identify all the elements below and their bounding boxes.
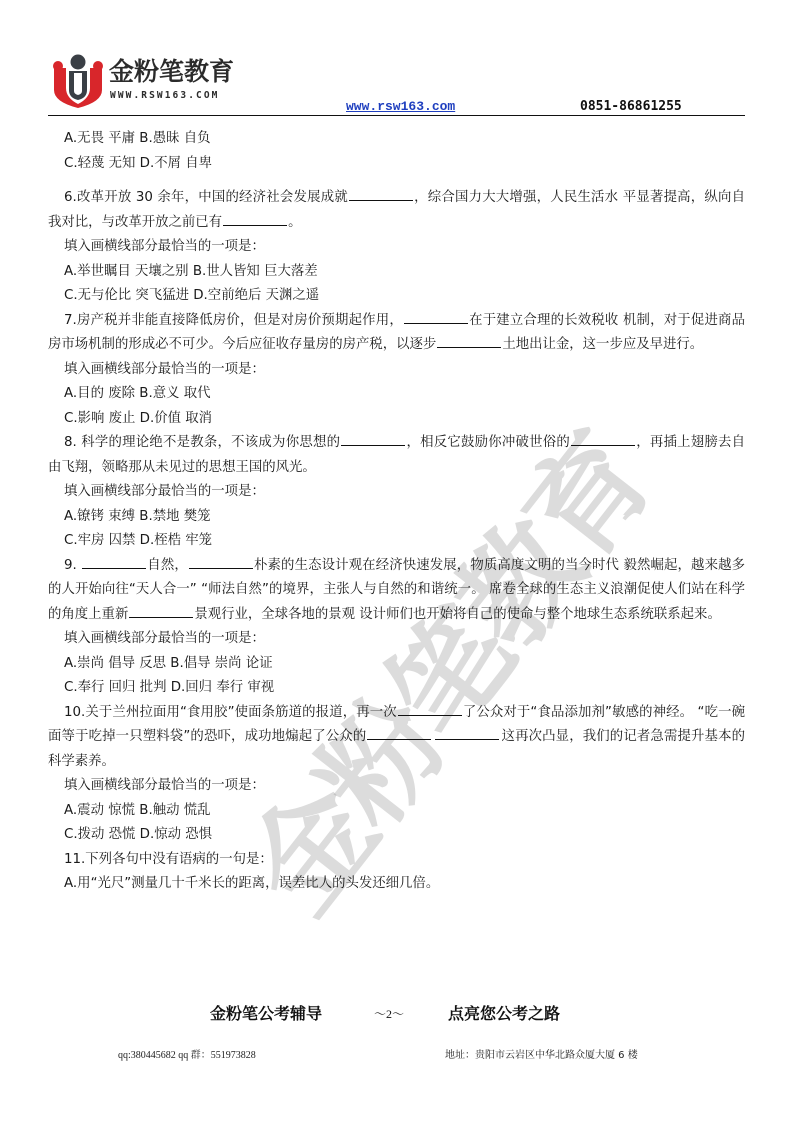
website-link[interactable]: www.rsw163.com bbox=[346, 99, 455, 114]
document-body: A.无畏 平庸 B.愚昧 自负 C.轻蔑 无知 D.不屑 自卑 6.改革开放 3… bbox=[48, 127, 745, 897]
footer-right-slogan: 点亮您公考之路 bbox=[448, 1001, 560, 1024]
fill-blank bbox=[571, 431, 635, 446]
logo-mark-icon bbox=[52, 54, 104, 108]
phone-number: 0851-86861255 bbox=[580, 99, 682, 114]
page-header: 金粉笔教育 WWW.RSW163.COM www.rsw163.com 0851… bbox=[48, 52, 745, 116]
q10-text-1: 10.关于兰州拉面用“食用胶”使面条筋道的报道，再一次 bbox=[64, 705, 397, 720]
q5-options-ab: A.无畏 平庸 B.愚昧 自负 bbox=[48, 127, 745, 152]
question-7-stem: 7.房产税并非能直接降低房价，但是对房价预期起作用，在于建立合理的长效税收 机制… bbox=[48, 309, 745, 358]
fill-blank bbox=[349, 186, 413, 201]
q6-options-cd: C.无与伦比 突飞猛进 D.空前绝后 天渊之遥 bbox=[48, 284, 745, 309]
q7-options-cd: C.影响 废止 D.价值 取消 bbox=[48, 407, 745, 432]
fill-blank bbox=[367, 725, 431, 740]
q9-text-3: 景观行业，全球各地的景观 设计师们也开始将自己的使命与整个地球生态系统联系起来。 bbox=[194, 607, 721, 622]
logo-text-cn: 金粉笔教育 bbox=[109, 58, 234, 86]
footer-left-slogan: 金粉笔公考辅导 bbox=[210, 1001, 322, 1024]
q9-text-1: 自然， bbox=[147, 558, 188, 573]
footer-address: 地址：贵阳市云岩区中华北路众厦大厦 6 楼 bbox=[445, 1046, 638, 1061]
footer-qq: qq:380445682 qq 群：551973828 bbox=[118, 1046, 256, 1061]
q6-text-1: 6.改革开放 30 余年，中国的经济社会发展成就 bbox=[64, 190, 348, 205]
q8-text-1: 8. 科学的理论绝不是教条，不该成为你思想的 bbox=[64, 435, 340, 450]
fill-blank bbox=[129, 603, 193, 618]
q9-options-ab: A.崇尚 倡导 反思 B.倡导 崇尚 论证 bbox=[48, 652, 745, 677]
question-8-stem: 8. 科学的理论绝不是教条，不该成为你思想的，相反它鼓励你冲破世俗的，再插上翅膀… bbox=[48, 431, 745, 480]
page-number: ～2～ bbox=[374, 1005, 404, 1022]
fill-blank bbox=[223, 211, 287, 226]
fill-blank bbox=[189, 554, 253, 569]
footer-contact: qq:380445682 qq 群：551973828 地址：贵阳市云岩区中华北… bbox=[0, 1046, 793, 1064]
q7-options-ab: A.目的 废除 B.意义 取代 bbox=[48, 382, 745, 407]
q5-options-cd: C.轻蔑 无知 D.不屑 自卑 bbox=[48, 152, 745, 177]
q9-prompt: 填入画横线部分最恰当的一项是： bbox=[48, 627, 745, 652]
fill-blank bbox=[404, 309, 468, 324]
q10-options-cd: C.拨动 恐慌 D.惊动 恐惧 bbox=[48, 823, 745, 848]
q10-prompt: 填入画横线部分最恰当的一项是： bbox=[48, 774, 745, 799]
page-footer: 金粉笔公考辅导 ～2～ 点亮您公考之路 bbox=[0, 1001, 793, 1027]
q9-number: 9. bbox=[64, 558, 81, 573]
fill-blank bbox=[398, 701, 462, 716]
question-6-stem: 6.改革开放 30 余年，中国的经济社会发展成就，综合国力大大增强，人民生活水 … bbox=[48, 186, 745, 235]
q7-text-1: 7.房产税并非能直接降低房价，但是对房价预期起作用， bbox=[64, 313, 403, 328]
q6-prompt: 填入画横线部分最恰当的一项是： bbox=[48, 235, 745, 260]
q8-prompt: 填入画横线部分最恰当的一项是： bbox=[48, 480, 745, 505]
fill-blank bbox=[437, 333, 501, 348]
fill-blank bbox=[82, 554, 146, 569]
q10-options-ab: A.震动 惊慌 B.触动 慌乱 bbox=[48, 799, 745, 824]
q6-options-ab: A.举世瞩目 天壤之别 B.世人皆知 巨大落差 bbox=[48, 260, 745, 285]
question-11-stem: 11.下列各句中没有语病的一句是： bbox=[48, 848, 745, 873]
q7-text-3: 土地出让金，这一步应及早进行。 bbox=[502, 337, 703, 352]
q6-text-3: 。 bbox=[288, 215, 301, 230]
q7-prompt: 填入画横线部分最恰当的一项是： bbox=[48, 358, 745, 383]
logo: 金粉笔教育 WWW.RSW163.COM bbox=[52, 52, 252, 110]
logo-text-en: WWW.RSW163.COM bbox=[110, 90, 219, 101]
spacer bbox=[48, 176, 745, 186]
q8-text-2: ，相反它鼓励你冲破世俗的 bbox=[406, 435, 570, 450]
q11-option-a: A.用“光尺”测量几十千米长的距离，误差比人的头发还细几倍。 bbox=[48, 872, 745, 897]
question-9-stem: 9. 自然，朴素的生态设计观在经济快速发展，物质高度文明的当今时代 毅然崛起，越… bbox=[48, 554, 745, 628]
question-10-stem: 10.关于兰州拉面用“食用胶”使面条筋道的报道，再一次了公众对于“食品添加剂”敏… bbox=[48, 701, 745, 775]
q8-options-ab: A.镣铐 束缚 B.禁地 樊笼 bbox=[48, 505, 745, 530]
em-dash-line bbox=[435, 731, 499, 740]
header-divider bbox=[48, 115, 745, 116]
q8-options-cd: C.牢房 囚禁 D.桎梏 牢笼 bbox=[48, 529, 745, 554]
q9-options-cd: C.奉行 回归 批判 D.回归 奉行 审视 bbox=[48, 676, 745, 701]
fill-blank bbox=[341, 431, 405, 446]
document-page: 金粉笔教育 WWW.RSW163.COM www.rsw163.com 0851… bbox=[0, 0, 793, 1122]
